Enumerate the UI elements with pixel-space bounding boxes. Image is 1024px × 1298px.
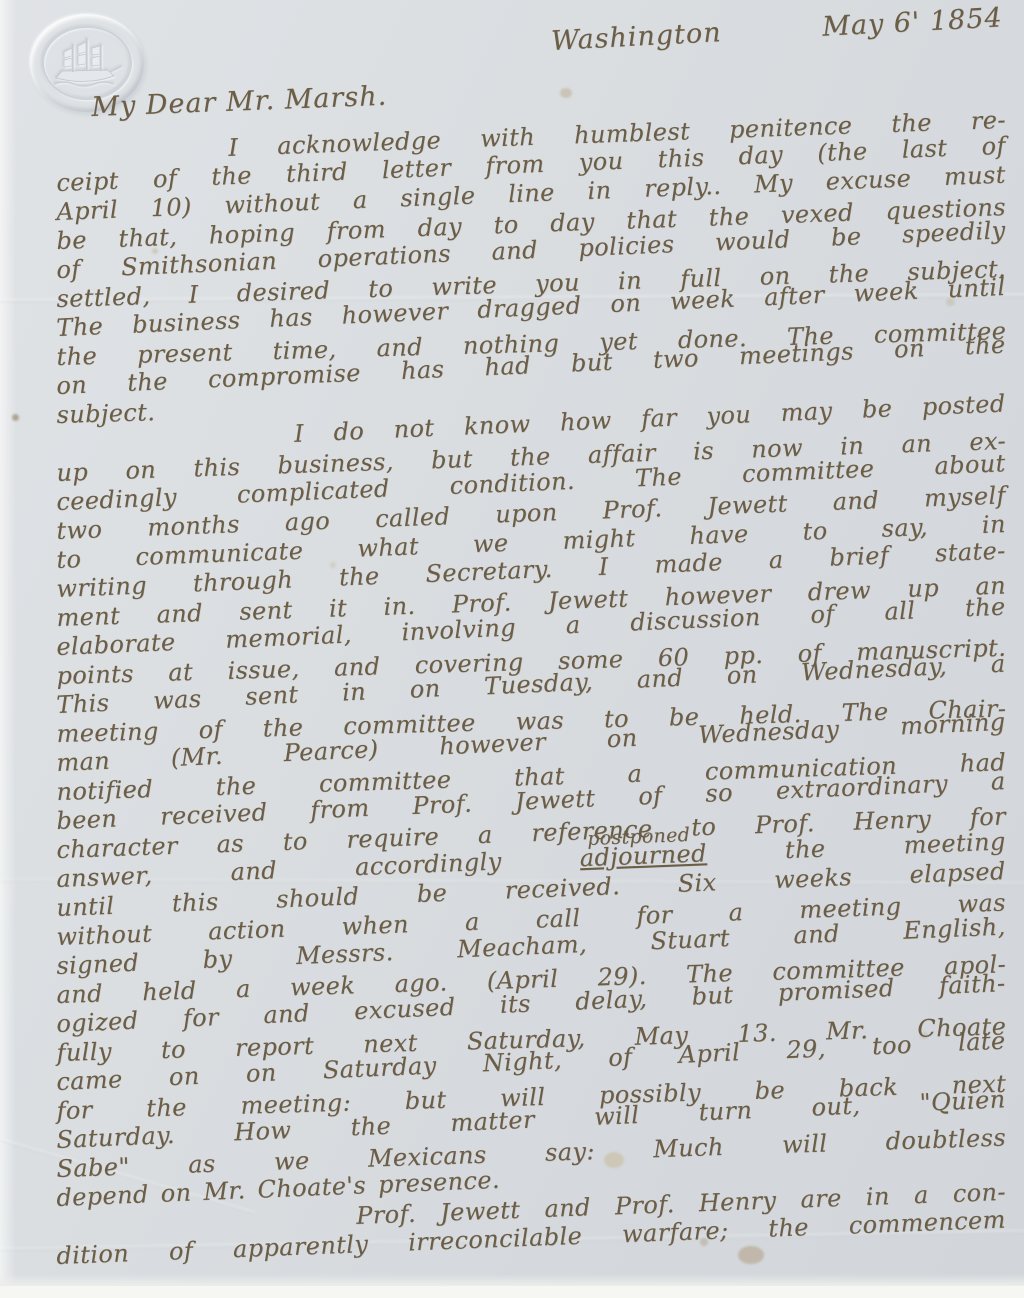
interlined-correction: postponed	[587, 821, 691, 854]
paragraph: I do not know how far you may be postedu…	[57, 430, 1007, 1213]
letter-paper: Washington May 6' 1854 My Dear Mr. Marsh…	[0, 0, 1024, 1286]
foxing-spot	[12, 414, 19, 421]
date-text: May 6' 1854	[822, 2, 1004, 42]
paragraph: I acknowledge with humblest penitence th…	[57, 140, 1007, 430]
place-text: Washington	[550, 17, 722, 57]
letter-body: I acknowledge with humblest penitence th…	[57, 140, 1007, 1271]
scanned-letter-page: Washington May 6' 1854 My Dear Mr. Marsh…	[0, 0, 1024, 1298]
place-dateline: Washington May 6' 1854	[550, 2, 1003, 57]
foxing-spot	[560, 88, 572, 98]
paragraph: Prof. Jewett and Prof. Henry are in a co…	[57, 1213, 1007, 1271]
